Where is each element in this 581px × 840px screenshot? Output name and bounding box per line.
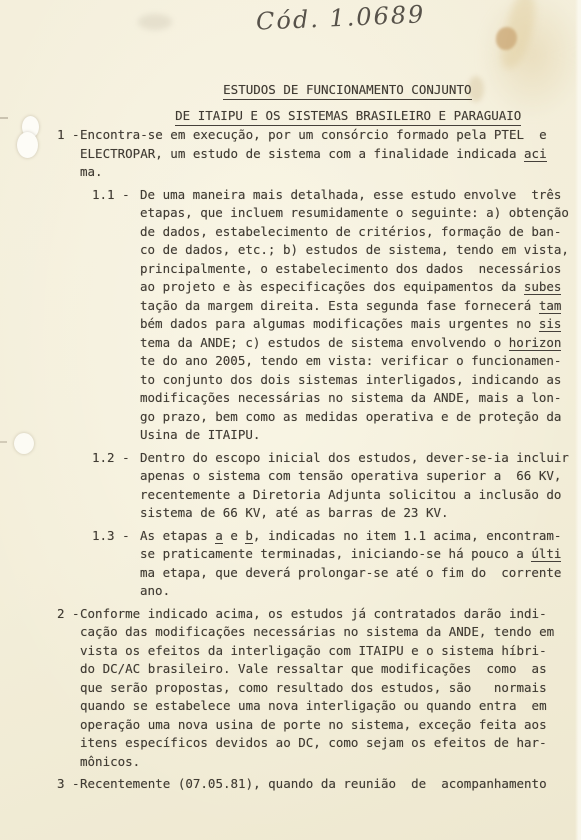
text-line: ano. [140, 582, 581, 601]
text-line: vista os efeitos da interligação com ITA… [80, 642, 581, 661]
text-line: itens específicos devidos ao DC, como se… [80, 734, 581, 753]
text-line: De uma maneira mais detalhada, esse estu… [140, 186, 581, 205]
text-line: Usina de ITAIPU. [140, 426, 581, 445]
text-line: As etapas a e b, indicadas no item 1.1 a… [140, 527, 581, 546]
text-line: Encontra-se em execução, por um consórci… [80, 126, 581, 145]
text-line: etapas, que incluem resumidamente o segu… [140, 204, 581, 223]
paragraph: 1.3 -As etapas a e b, indicadas no item … [92, 527, 581, 601]
paragraph: 1 -Encontra-se em execução, por um consó… [57, 126, 581, 182]
paragraph-number: 2 - [57, 605, 80, 624]
paragraph-number: 1.3 - [92, 527, 130, 546]
paragraph-number: 3 - [57, 775, 80, 794]
text-line: sistema de 66 KV, até as barras de 23 KV… [140, 504, 581, 523]
paragraph-number: 1 - [57, 126, 80, 145]
handwritten-code: Cód. 1.0689 [255, 0, 425, 35]
text-line: tação da margem direita. Esta segunda fa… [140, 297, 581, 316]
text-line: recentemente a Diretoria Adjunta solicit… [140, 486, 581, 505]
document-body: 1 -Encontra-se em execução, por um consó… [0, 126, 581, 798]
text-line: operação uma nova usina de porte no sist… [80, 716, 581, 735]
text-line: do DC/AC brasileiro. Vale ressaltar que … [80, 660, 581, 679]
text-line: quando se estabelece uma nova interligaç… [80, 697, 581, 716]
paragraph: 2 -Conforme indicado acima, os estudos j… [57, 605, 581, 772]
text-line: Dentro do escopo inicial dos estudos, de… [140, 449, 581, 468]
scanned-document-page: Cód. 1.0689 ESTUDOS DE FUNCIONAMENTO CON… [0, 0, 581, 840]
text-line: ao projeto e às especificações dos equip… [140, 278, 581, 297]
paragraph: 3 -Recentemente (07.05.81), quando da re… [57, 775, 581, 794]
text-line: ma. [80, 163, 581, 182]
text-line: bém dados para algumas modificações mais… [140, 315, 581, 334]
text-line: ma etapa, que deverá prolongar-se até o … [140, 564, 581, 583]
paragraph: 1.1 -De uma maneira mais detalhada, esse… [92, 186, 581, 445]
text-line: se praticamente terminadas, iniciando-se… [140, 545, 581, 564]
paragraph-number: 1.1 - [92, 186, 130, 205]
text-line: Recentemente (07.05.81), quando da reuni… [80, 775, 581, 794]
text-line: ELECTROPAR, um estudo de sistema com a f… [80, 145, 581, 164]
text-line: Conforme indicado acima, os estudos já c… [80, 605, 581, 624]
text-line: go prazo, bem como as medidas operativa … [140, 408, 581, 427]
paragraph: 1.2 -Dentro do escopo inicial dos estudo… [92, 449, 581, 523]
text-line: to conjunto dos dois sistemas interligad… [140, 371, 581, 390]
document-title: ESTUDOS DE FUNCIONAMENTO CONJUNTO DE ITA… [0, 62, 581, 136]
text-line: principalmente, o estabelecimento dos da… [140, 260, 581, 279]
text-line: de dados, estabelecimento de critérios, … [140, 223, 581, 242]
text-line: te do ano 2005, tendo em vista: verifica… [140, 352, 581, 371]
text-line: modificações necessárias no sistema da A… [140, 389, 581, 408]
text-line: co de dados, etc.; b) estudos de sistema… [140, 241, 581, 260]
text-line: que serão propostas, como resultado dos … [80, 679, 581, 698]
ink-smudge [138, 14, 172, 30]
text-line: cação das modificações necessárias no si… [80, 623, 581, 642]
text-line: apenas o sistema com tensão operativa su… [140, 467, 581, 486]
paragraph-number: 1.2 - [92, 449, 130, 468]
text-line: tema da ANDE; c) estudos de sistema envo… [140, 334, 581, 353]
text-line: mônicos. [80, 753, 581, 772]
